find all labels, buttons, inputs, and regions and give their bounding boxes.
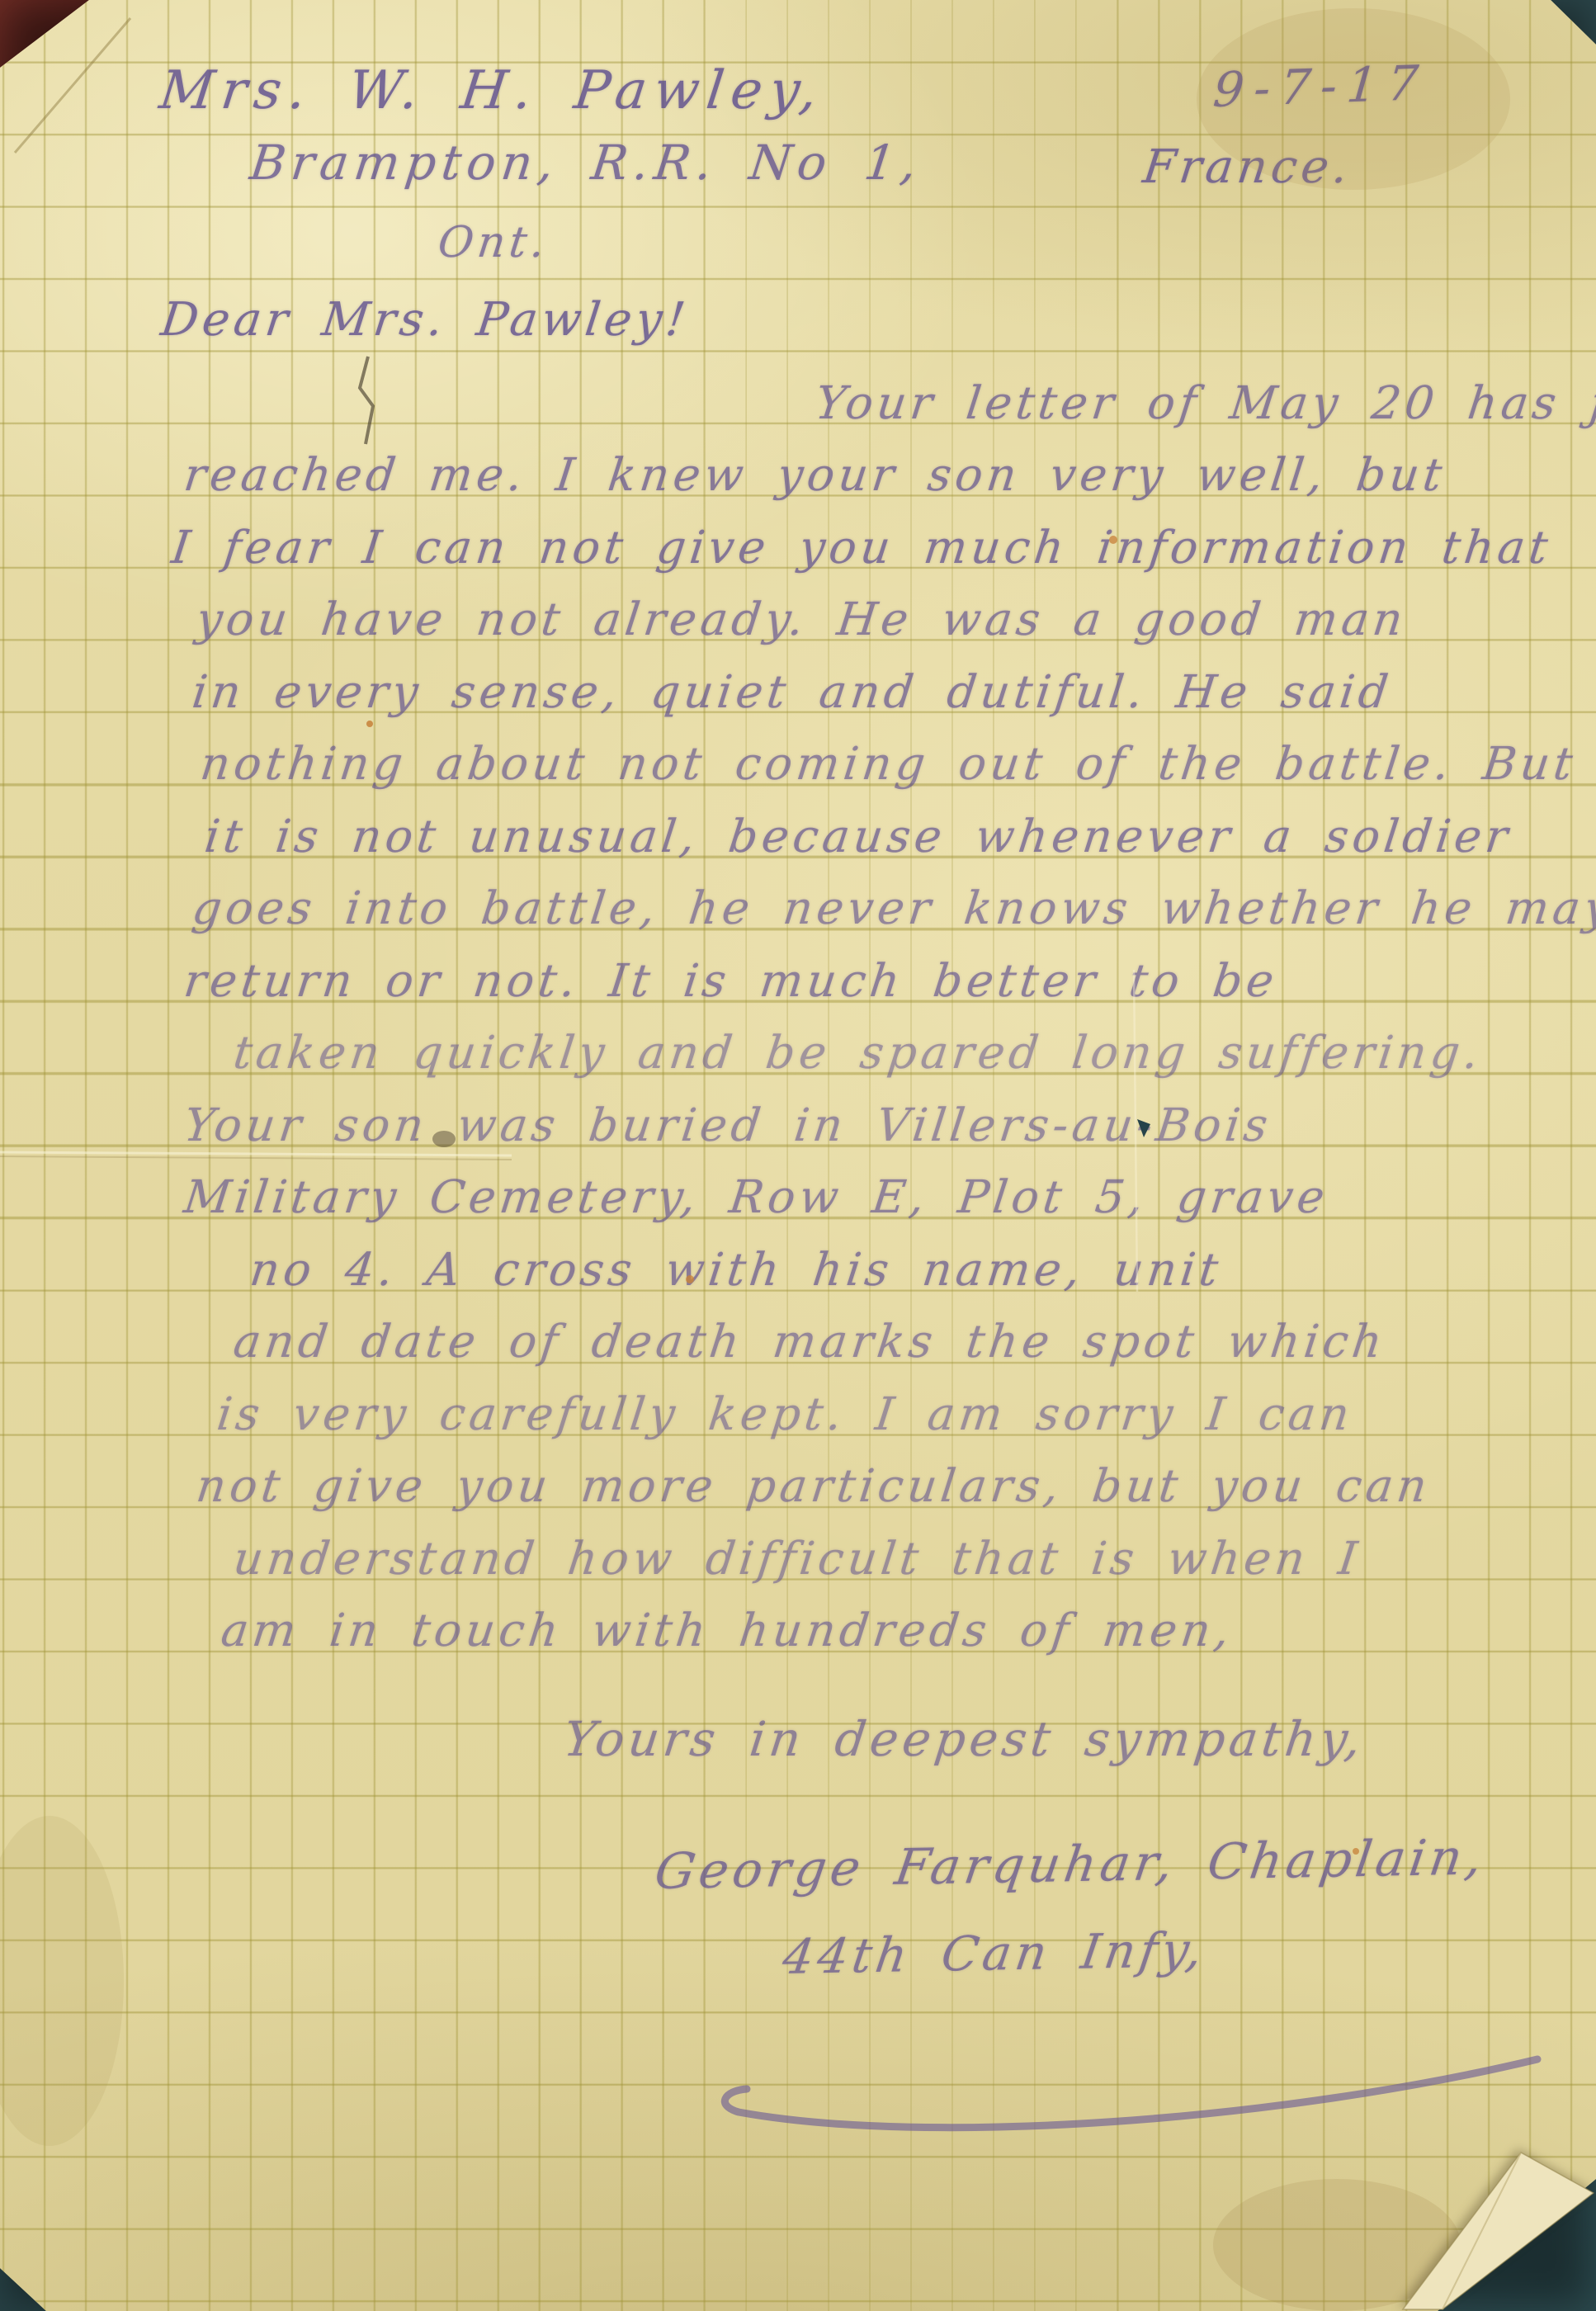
signature-name: George Farquhar, Chaplain,: [652, 1832, 1490, 1897]
letter-page: Mrs. W. H. Pawley, 9-7-17 Brampton, R.R.…: [0, 0, 1596, 2311]
signature-unit: 44th Can Infy,: [780, 1926, 1209, 1981]
body-line: Your letter of May 20 has just: [813, 380, 1596, 426]
body-line: Military Cemetery, Row E, Plot 5, grave: [182, 1174, 1331, 1220]
body-line: goes into battle, he never knows whether…: [190, 886, 1596, 931]
body-line: and date of death marks the spot which: [231, 1319, 1389, 1364]
body-line: I fear I can not give you much informati…: [169, 525, 1554, 570]
body-line: you have not already. He was a good man: [194, 597, 1409, 642]
body-line: reached me. I knew your son very well, b…: [182, 452, 1448, 498]
recipient-name: Mrs. W. H. Pawley,: [157, 64, 828, 117]
body-line: not give you more particulars, but you c…: [194, 1463, 1433, 1509]
place-text: France.: [1140, 144, 1354, 191]
body-line: return or not. It is much better to be: [182, 958, 1280, 1004]
body-line: nothing about not coming out of the batt…: [198, 741, 1579, 787]
body-line: it is not unusual, because whenever a so…: [202, 814, 1514, 859]
recipient-province: Ont.: [436, 221, 551, 264]
closing-text: Yours in deepest sympathy,: [561, 1715, 1367, 1763]
salutation-text: Dear Mrs. Pawley!: [158, 297, 692, 343]
date-text: 9-7-17: [1211, 59, 1430, 114]
recipient-address: Brampton, R.R. No 1,: [248, 139, 925, 187]
body-line: understand how difficult that is when I: [231, 1536, 1363, 1581]
body-line: Your son was buried in Villers-au-Bois: [182, 1103, 1274, 1148]
body-line: in every sense, quiet and dutiful. He sa…: [190, 669, 1395, 715]
body-line: no 4. A cross with his name, unit: [248, 1247, 1225, 1293]
scan-background: Mrs. W. H. Pawley, 9-7-17 Brampton, R.R.…: [0, 0, 1596, 2311]
body-line: is very carefully kept. I am sorry I can: [215, 1392, 1356, 1437]
body-line: am in touch with hundreds of men,: [219, 1608, 1235, 1653]
body-line: taken quickly and be spared long sufferi…: [231, 1030, 1485, 1075]
